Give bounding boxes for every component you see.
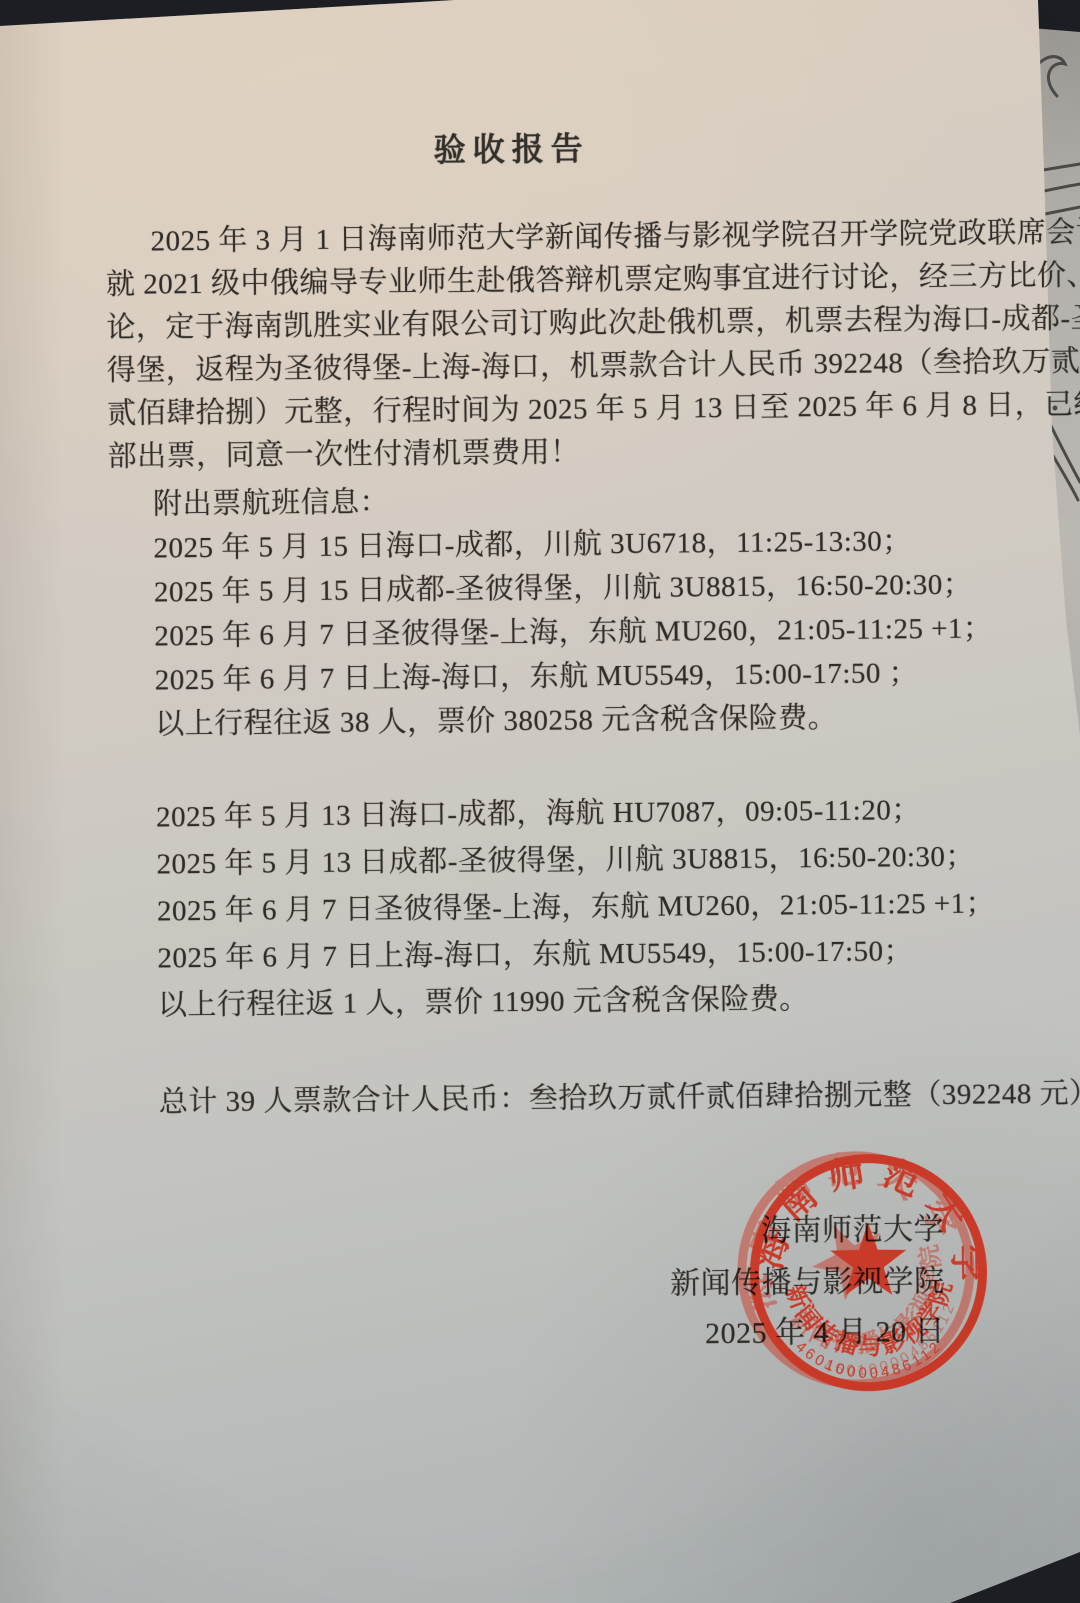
- flight-line: 2025 年 6 月 7 日圣彼得堡-上海，东航 MU260，21:05-11:…: [157, 885, 995, 929]
- flight-info-heading: 附出票航班信息：: [153, 484, 389, 522]
- document-body: 验收报告 2025 年 3 月 1 日海南师范大学新闻传播与影视学院召开学院党政…: [0, 0, 1080, 1603]
- flight-line: 2025 年 6 月 7 日上海-海口，东航 MU5549，15:00-17:5…: [155, 655, 919, 698]
- paragraph-line: 贰佰肆拾捌）元整，行程时间为 2025 年 5 月 13 日至 2025 年 6…: [107, 386, 1080, 432]
- flight-line: 2025 年 5 月 15 日成都-圣彼得堡，川航 3U8815，16:50-2…: [154, 567, 973, 611]
- flight-line: 2025 年 5 月 13 日成都-圣彼得堡，川航 3U8815，16:50-2…: [156, 839, 975, 883]
- paragraph-line: 就 2021 级中俄编导专业师生赴俄答辩机票定购事宜进行讨论，经三方比价、讨: [106, 257, 1080, 303]
- group-summary-line: 以上行程往返 38 人，票价 380258 元含税含保险费。: [155, 700, 837, 743]
- seal-ghost-impression: [697, 1107, 1014, 1427]
- official-seal: 海南师范大学 新闻传播与影视学院 46010000486112: [697, 1099, 1040, 1442]
- flight-line: 2025 年 6 月 7 日圣彼得堡-上海，东航 MU260，21:05-11:…: [154, 610, 992, 654]
- paragraph-line: 论，定于海南凯胜实业有限公司订购此次赴俄机票，机票去程为海口-成都-圣彼: [106, 300, 1080, 346]
- paragraph-line: 部出票，同意一次性付清机票费用！: [107, 434, 579, 475]
- document-title: 验收报告: [433, 123, 589, 170]
- paragraph-line: 得堡，返程为圣彼得堡-上海-海口，机票款合计人民币 392248（叁拾玖万贰仟: [107, 343, 1080, 389]
- flight-line: 2025 年 5 月 15 日海口-成都，川航 3U6718，11:25-13:…: [153, 523, 912, 566]
- photo-of-document: 验收报告 2025 年 3 月 1 日海南师范大学新闻传播与影视学院召开学院党政…: [0, 0, 1080, 1603]
- flight-line: 2025 年 5 月 13 日海口-成都，海航 HU7087，09:05-11:…: [156, 792, 921, 835]
- flight-line: 2025 年 6 月 7 日上海-海口，东航 MU5549，15:00-17:5…: [157, 933, 913, 976]
- paragraph-line: 2025 年 3 月 1 日海南师范大学新闻传播与影视学院召开学院党政联席会议，: [150, 214, 1080, 259]
- group-summary-line: 以上行程往返 1 人，票价 11990 元含税含保险费。: [158, 981, 809, 1023]
